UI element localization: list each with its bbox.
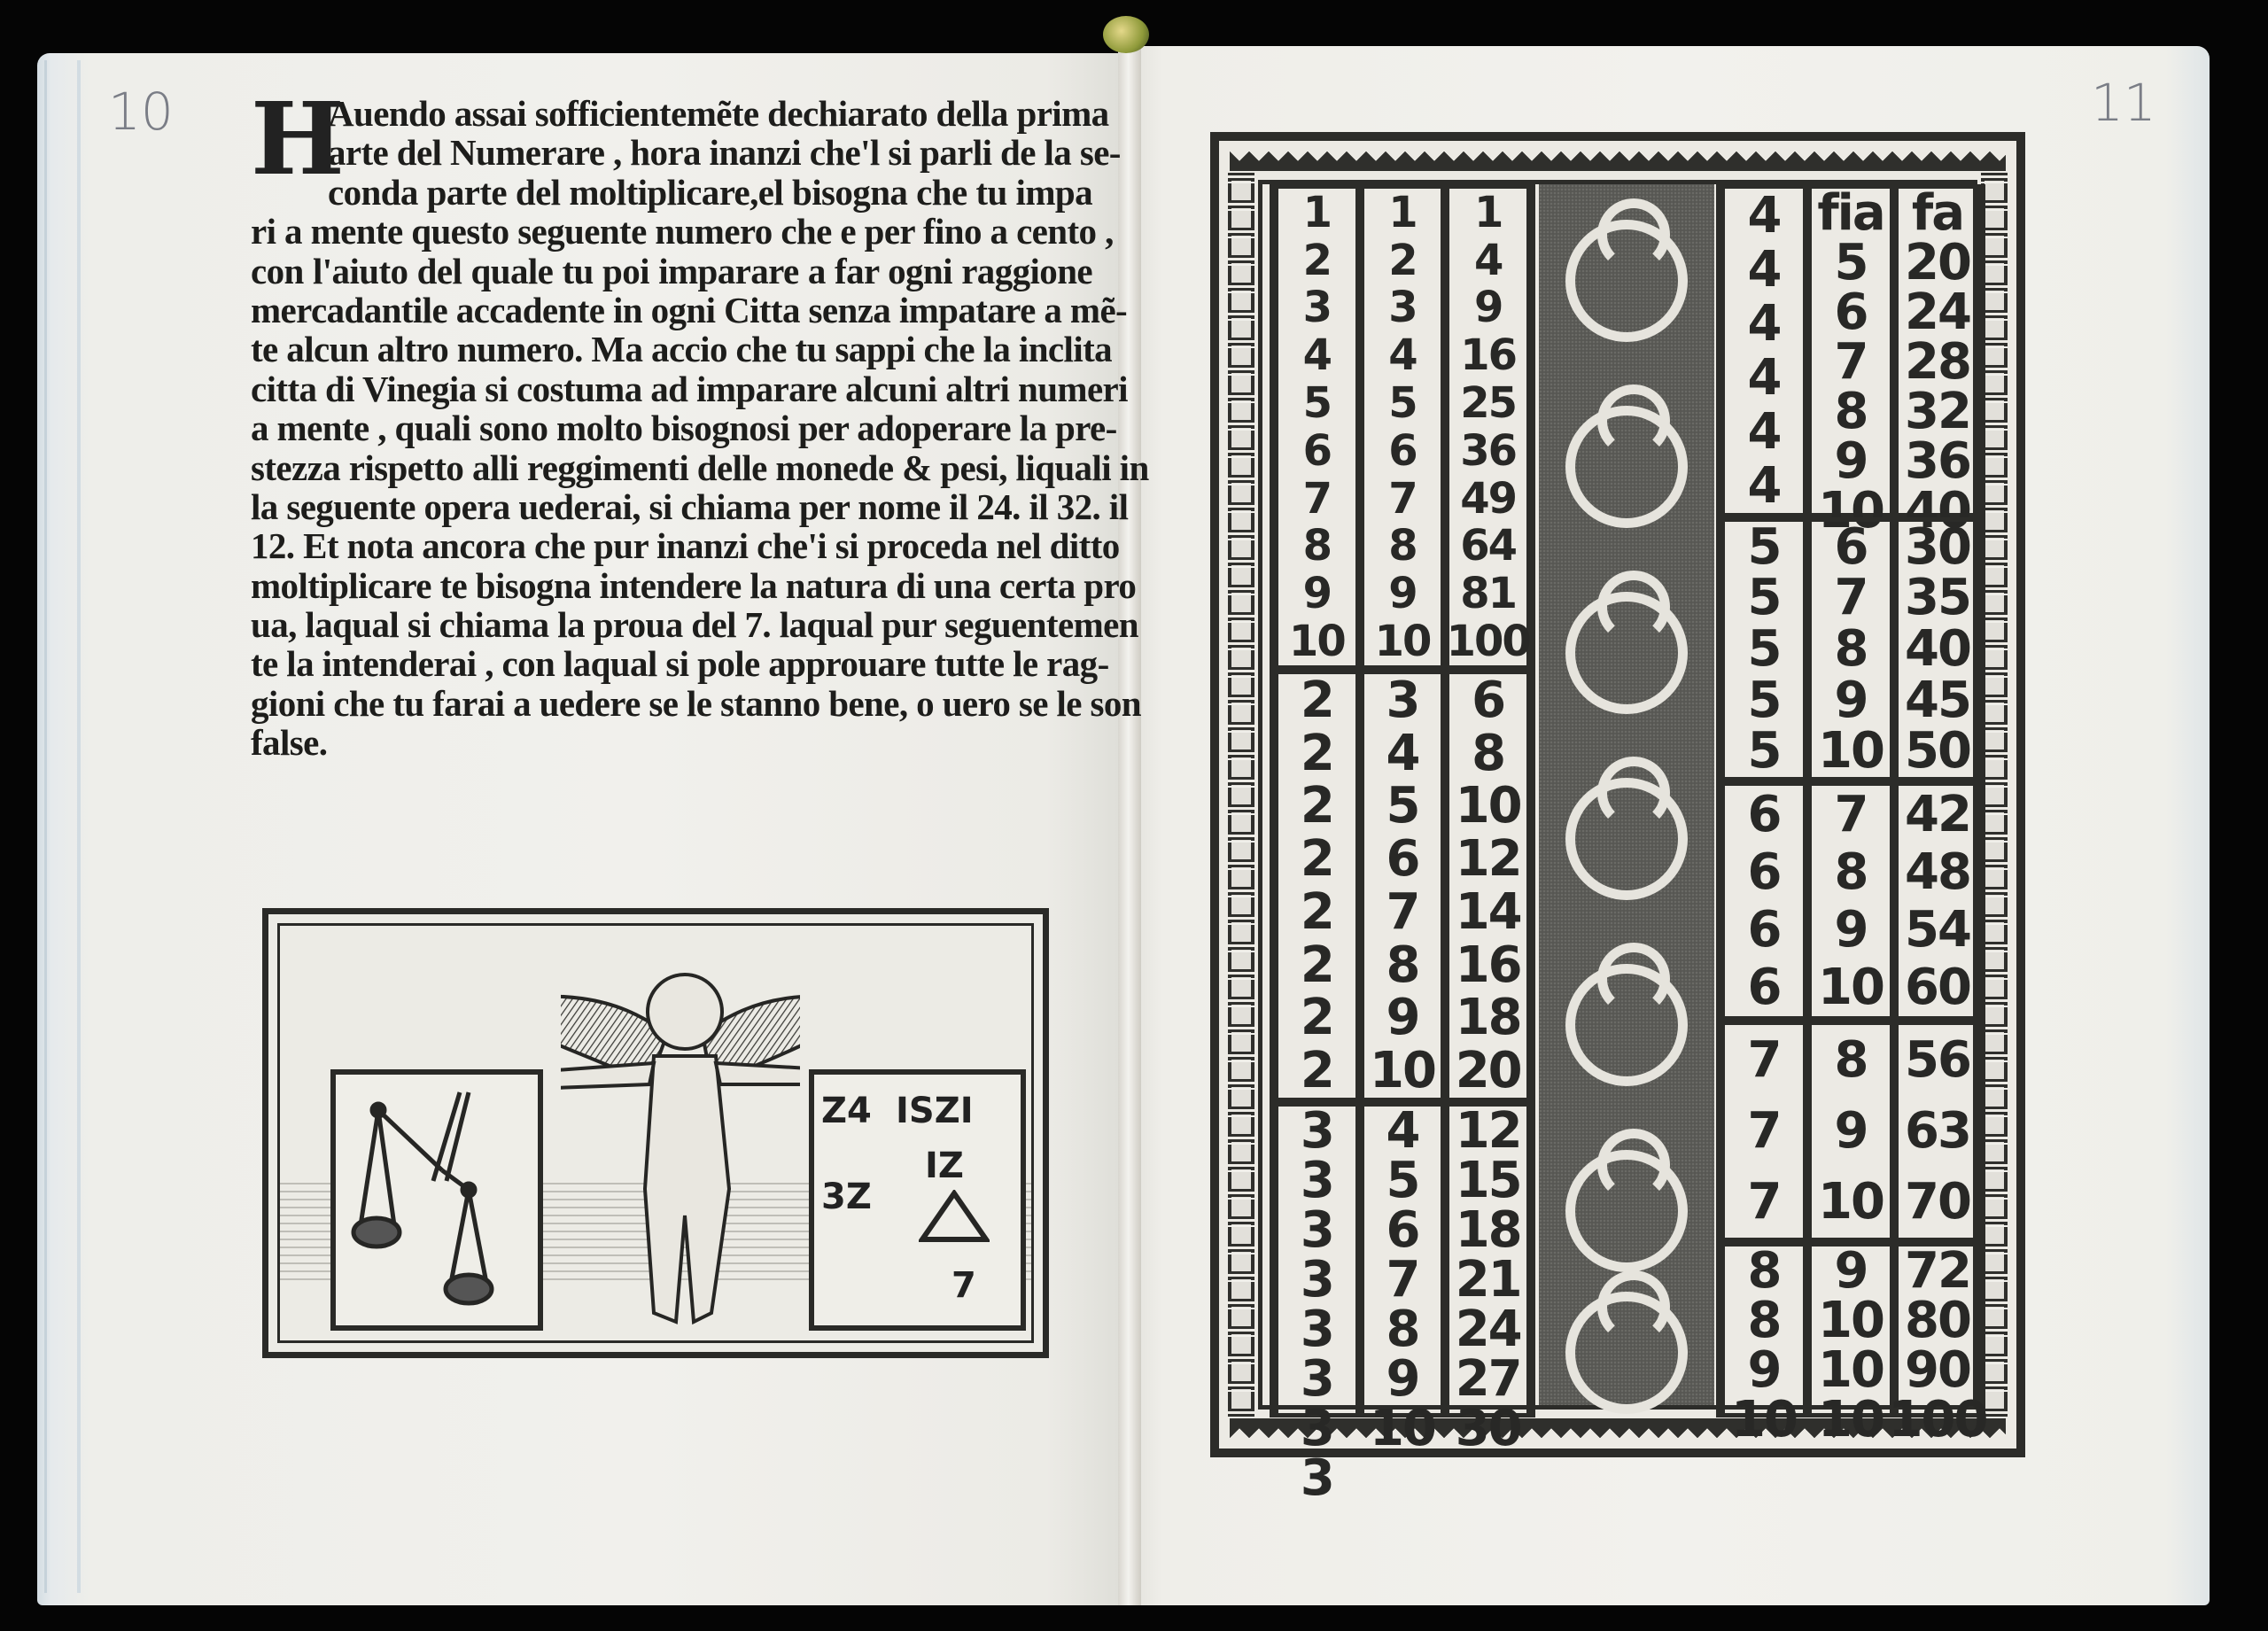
table-cell: 6 [1386,1206,1419,1255]
table-cell: 3 [1301,1255,1333,1305]
table-cell: 8 [1835,625,1868,674]
table-cell: fia [1817,189,1884,238]
table-cell: 45 [1905,676,1970,726]
table-column: 33333333 [1274,1107,1360,1413]
text-line: ri a mente questo seguente numero che e … [251,212,1092,251]
table-cell: 7 [1748,1036,1781,1085]
table-cell: 6 [1388,430,1416,472]
table-cell: 50 [1905,726,1970,776]
table-column: 55555 [1720,522,1807,777]
table-cell: 4 [1748,462,1781,511]
table-cell: 9 [1474,286,1502,329]
text-line: a mente , quali sono molto bisognosi per… [251,408,1092,447]
table-cell: 12 [1456,835,1521,884]
table-cell: 81 [1460,572,1516,615]
table-cell: 2 [1301,1046,1333,1096]
text-line: te la intenderai , con laqual si pole ap… [251,644,1092,683]
drop-cap: H [251,94,345,186]
table-cell: 7 [1835,790,1868,840]
sawtooth-border-top [1230,151,2006,171]
text-line: con l'aiuto del quale tu poi imparare a … [251,252,1092,291]
table-block-8: 889109101010728090100 [1716,1242,1985,1417]
table-column: 728090100 [1894,1247,1981,1413]
table-cell: 5 [1748,726,1781,776]
text-line: Auendo assai sofficientemẽte dechiarato … [251,94,1092,133]
text-line: false. [251,723,1092,762]
table-block-4: 444444fia5678910fa202428323640 [1716,184,1985,517]
table-cell: 10 [1818,726,1884,776]
table-column: 345678910 [1360,674,1446,1098]
table-cell: 16 [1460,334,1516,377]
table-cell: 10 [1289,620,1345,663]
table-cell: 30 [1456,1404,1521,1454]
table-cell: 7 [1835,573,1868,623]
knotwork-ornament [1539,184,1714,1405]
table-cell: 8 [1748,1296,1781,1346]
table-cell: 36 [1460,430,1516,472]
table-column: 6666 [1720,786,1807,1016]
table-cell: 10 [1818,963,1884,1013]
table-column: 9101010 [1807,1247,1894,1413]
table-cell: 4 [1748,299,1781,349]
table-cell: 16 [1456,941,1521,990]
table-cell: 18 [1456,1206,1521,1255]
winged-cherub-figure [561,950,800,1340]
table-cell: 6 [1386,835,1419,884]
table-column: 566370 [1894,1025,1981,1238]
table-cell: 49 [1460,478,1516,520]
table-cell: 10 [1818,1177,1884,1227]
table-cell: 28 [1905,338,1970,387]
table-cell: 1 [1303,191,1331,234]
table-cell: 100 [1889,1395,1987,1445]
table-cell: 3 [1386,676,1419,726]
table-column: 22222222 [1274,674,1360,1098]
table-cell: 6 [1835,523,1868,572]
text-line: arte del Numerare , hora inanzi che'l si… [251,133,1092,172]
table-column: 12151821242730 [1445,1107,1531,1413]
table-cell: 10 [1818,1395,1884,1445]
table-cell: 9 [1386,1355,1419,1404]
table-cell: 7 [1386,888,1419,937]
text-line: conda parte del moltiplicare,el bisogna … [251,173,1092,212]
table-block-7: 7778910566370 [1716,1021,1985,1242]
table-cell: 6 [1835,288,1868,338]
table-cell: 3 [1301,1156,1333,1206]
table-cell: 2 [1303,239,1331,282]
table-cell: 7 [1748,1177,1781,1227]
table-column: 12345678910 [1274,189,1360,665]
text-line: mercadantile accadente in ogni Citta sen… [251,291,1092,330]
table-cell: 18 [1456,993,1521,1043]
table-cell: 70 [1905,1177,1970,1227]
table-cell: 60 [1905,963,1970,1013]
table-cell: 9 [1748,1346,1781,1395]
numbers-panel: Z4 ISZI 3Z IZ 7 [809,1069,1026,1331]
triangle-icon [919,1190,990,1243]
text-line: ua, laqual si chiama la proua del 7. laq… [251,605,1092,644]
table-column: 3035404550 [1894,522,1981,777]
table-cell: 8 [1386,1305,1419,1355]
table-cell: 24 [1456,1305,1521,1355]
table-column: 42485460 [1894,786,1981,1016]
table-cell: 5 [1386,1156,1419,1206]
table-cell: 100 [1447,620,1530,663]
table-cell: 7 [1748,1107,1781,1156]
table-column: fa202428323640 [1894,189,1981,513]
folio-number-right: 11 [2091,73,2156,133]
table-block-2: 2222222234567891068101214161820 [1270,670,1535,1102]
table-block-5: 555556789103035404550 [1716,517,1985,781]
table-cell: 6 [1748,963,1781,1013]
table-cell: 2 [1301,781,1333,831]
table-cell: 5 [1388,382,1416,424]
table-cell: 10 [1375,620,1431,663]
table-column: 777 [1720,1025,1807,1238]
table-cell: 5 [1835,238,1868,288]
panel-number: 3Z [821,1177,872,1217]
table-column: 45678910 [1360,1107,1446,1413]
table-cell: 3 [1301,1305,1333,1355]
table-cell: 42 [1905,790,1970,840]
table-cell: 8 [1388,524,1416,567]
table-cell: 8 [1835,1036,1868,1085]
table-cell: 63 [1905,1107,1970,1156]
text-line: stezza rispetto alli reggimenti delle mo… [251,448,1092,487]
table-cell: 64 [1460,524,1516,567]
table-cell: 5 [1386,781,1419,831]
table-cell: 3 [1301,1454,1333,1503]
table-cell: fa [1912,189,1963,238]
table-cell: 3 [1301,1355,1333,1404]
table-cell: 3 [1301,1206,1333,1255]
table-cell: 21 [1456,1255,1521,1305]
table-column: 12345678910 [1360,189,1446,665]
table-cell: 9 [1835,676,1868,726]
table-cell: 9 [1835,437,1868,486]
table-cell: 9 [1386,993,1419,1043]
table-cell: 8 [1835,387,1868,437]
table-cell: 2 [1301,993,1333,1043]
table-cell: 2 [1301,888,1333,937]
table-cell: 3 [1303,286,1331,329]
table-cell: 5 [1748,523,1781,572]
table-cell: 7 [1835,338,1868,387]
text-line: gioni che tu farai a uedere se le stanno… [251,684,1092,723]
table-cell: 54 [1905,905,1970,955]
text-line: la seguente opera uederai, si chiama per… [251,487,1092,526]
table-cell: 25 [1460,382,1516,424]
table-cell: 1 [1388,191,1416,234]
table-cell: 7 [1386,1255,1419,1305]
table-column: 68101214161820 [1445,674,1531,1098]
table-cell: 9 [1835,905,1868,955]
table-cell: 10 [1456,781,1521,831]
table-cell: 40 [1905,625,1970,674]
table-cell: 4 [1388,334,1416,377]
body-text: H Auendo assai sofficientemẽte dechiarat… [251,94,1092,763]
table-column: 444444 [1720,189,1807,513]
folio-number-left: 10 [108,82,174,142]
table-cell: 9 [1835,1247,1868,1296]
panel-number: 7 [951,1265,976,1306]
table-column: 88910 [1720,1247,1807,1413]
triangle-border-left [1228,173,1254,1417]
table-cell: 10 [1731,1395,1797,1445]
table-cell: 2 [1301,941,1333,990]
table-cell: 4 [1748,191,1781,241]
table-block-3: 333333334567891012151821242730 [1270,1102,1535,1417]
table-cell: 6 [1472,676,1504,726]
table-cell: 12 [1456,1107,1521,1156]
table-cell: 4 [1386,1107,1419,1156]
text-line: 12. Et nota ancora che pur inanzi che'i … [251,526,1092,565]
table-cell: 48 [1905,848,1970,897]
table-cell: 27 [1456,1355,1521,1404]
table-cell: 14 [1456,888,1521,937]
multiplication-table: 1234567891012345678910149162536496481100… [1210,132,2025,1457]
table-column: 8910 [1807,1025,1894,1238]
table-column: fia5678910 [1807,189,1894,513]
table-cell: 5 [1748,676,1781,726]
table-cell: 2 [1301,835,1333,884]
table-cell: 6 [1748,848,1781,897]
table-cell: 15 [1456,1156,1521,1206]
table-cell: 9 [1388,572,1416,615]
table-cell: 3 [1301,1107,1333,1156]
book-gutter [1118,46,1141,1605]
table-cell: 3 [1388,286,1416,329]
table-cell: 4 [1748,353,1781,403]
table-cell: 5 [1748,573,1781,623]
table-cell: 30 [1905,523,1970,572]
table-cell: 6 [1303,430,1331,472]
table-cell: 4 [1474,239,1502,282]
table-cell: 5 [1748,625,1781,674]
table-cell: 8 [1386,941,1419,990]
table-body: 1234567891012345678910149162536496481100… [1258,180,1977,1410]
table-cell: 2 [1301,676,1333,726]
text-line: moltiplicare te bisogna intendere la nat… [251,566,1092,605]
panel-number: IZ [925,1146,964,1186]
table-cell: 9 [1835,1107,1868,1156]
table-cell: 36 [1905,437,1970,486]
woodcut-illustration: Z4 ISZI 3Z IZ 7 [262,908,1049,1358]
table-cell: 8 [1748,1247,1781,1296]
table-cell: 35 [1905,573,1970,623]
table-column: 149162536496481100 [1445,189,1531,665]
table-block-1: 1234567891012345678910149162536496481100 [1270,184,1535,670]
table-cell: 20 [1905,238,1970,288]
table-cell: 56 [1905,1036,1970,1085]
table-cell: 24 [1905,288,1970,338]
table-cell: 7 [1303,478,1331,520]
table-cell: 7 [1388,478,1416,520]
table-cell: 10 [1818,1296,1884,1346]
table-cell: 4 [1303,334,1331,377]
table-cell: 80 [1905,1296,1970,1346]
balance-scale-icon [336,1075,538,1325]
table-column: 678910 [1807,522,1894,777]
text-line: citta di Vinegia si costuma ad imparare … [251,369,1092,408]
table-cell: 8 [1303,524,1331,567]
table-cell: 72 [1905,1247,1970,1296]
table-cell: 8 [1472,729,1504,779]
balance-scale-panel [330,1069,543,1331]
table-cell: 4 [1748,245,1781,295]
binding-thread [1103,16,1149,53]
panel-number: Z4 [821,1091,872,1131]
table-cell: 5 [1303,382,1331,424]
panel-number: ISZI [896,1091,974,1131]
table-cell: 10 [1818,1346,1884,1395]
table-cell: 20 [1456,1046,1521,1096]
text-line: te alcun altro numero. Ma accio che tu s… [251,330,1092,369]
table-cell: 1 [1474,191,1502,234]
table-cell: 6 [1748,905,1781,955]
table-cell: 90 [1905,1346,1970,1395]
table-cell: 8 [1835,848,1868,897]
table-cell: 2 [1388,239,1416,282]
table-cell: 4 [1748,408,1781,457]
table-column: 78910 [1807,786,1894,1016]
table-cell: 32 [1905,387,1970,437]
table-cell: 2 [1301,729,1333,779]
table-cell: 6 [1748,790,1781,840]
table-block-6: 66667891042485460 [1716,781,1985,1021]
table-cell: 3 [1301,1404,1333,1454]
table-cell: 10 [1370,1404,1435,1454]
table-cell: 9 [1303,572,1331,615]
table-cell: 4 [1386,729,1419,779]
table-cell: 10 [1370,1046,1435,1096]
